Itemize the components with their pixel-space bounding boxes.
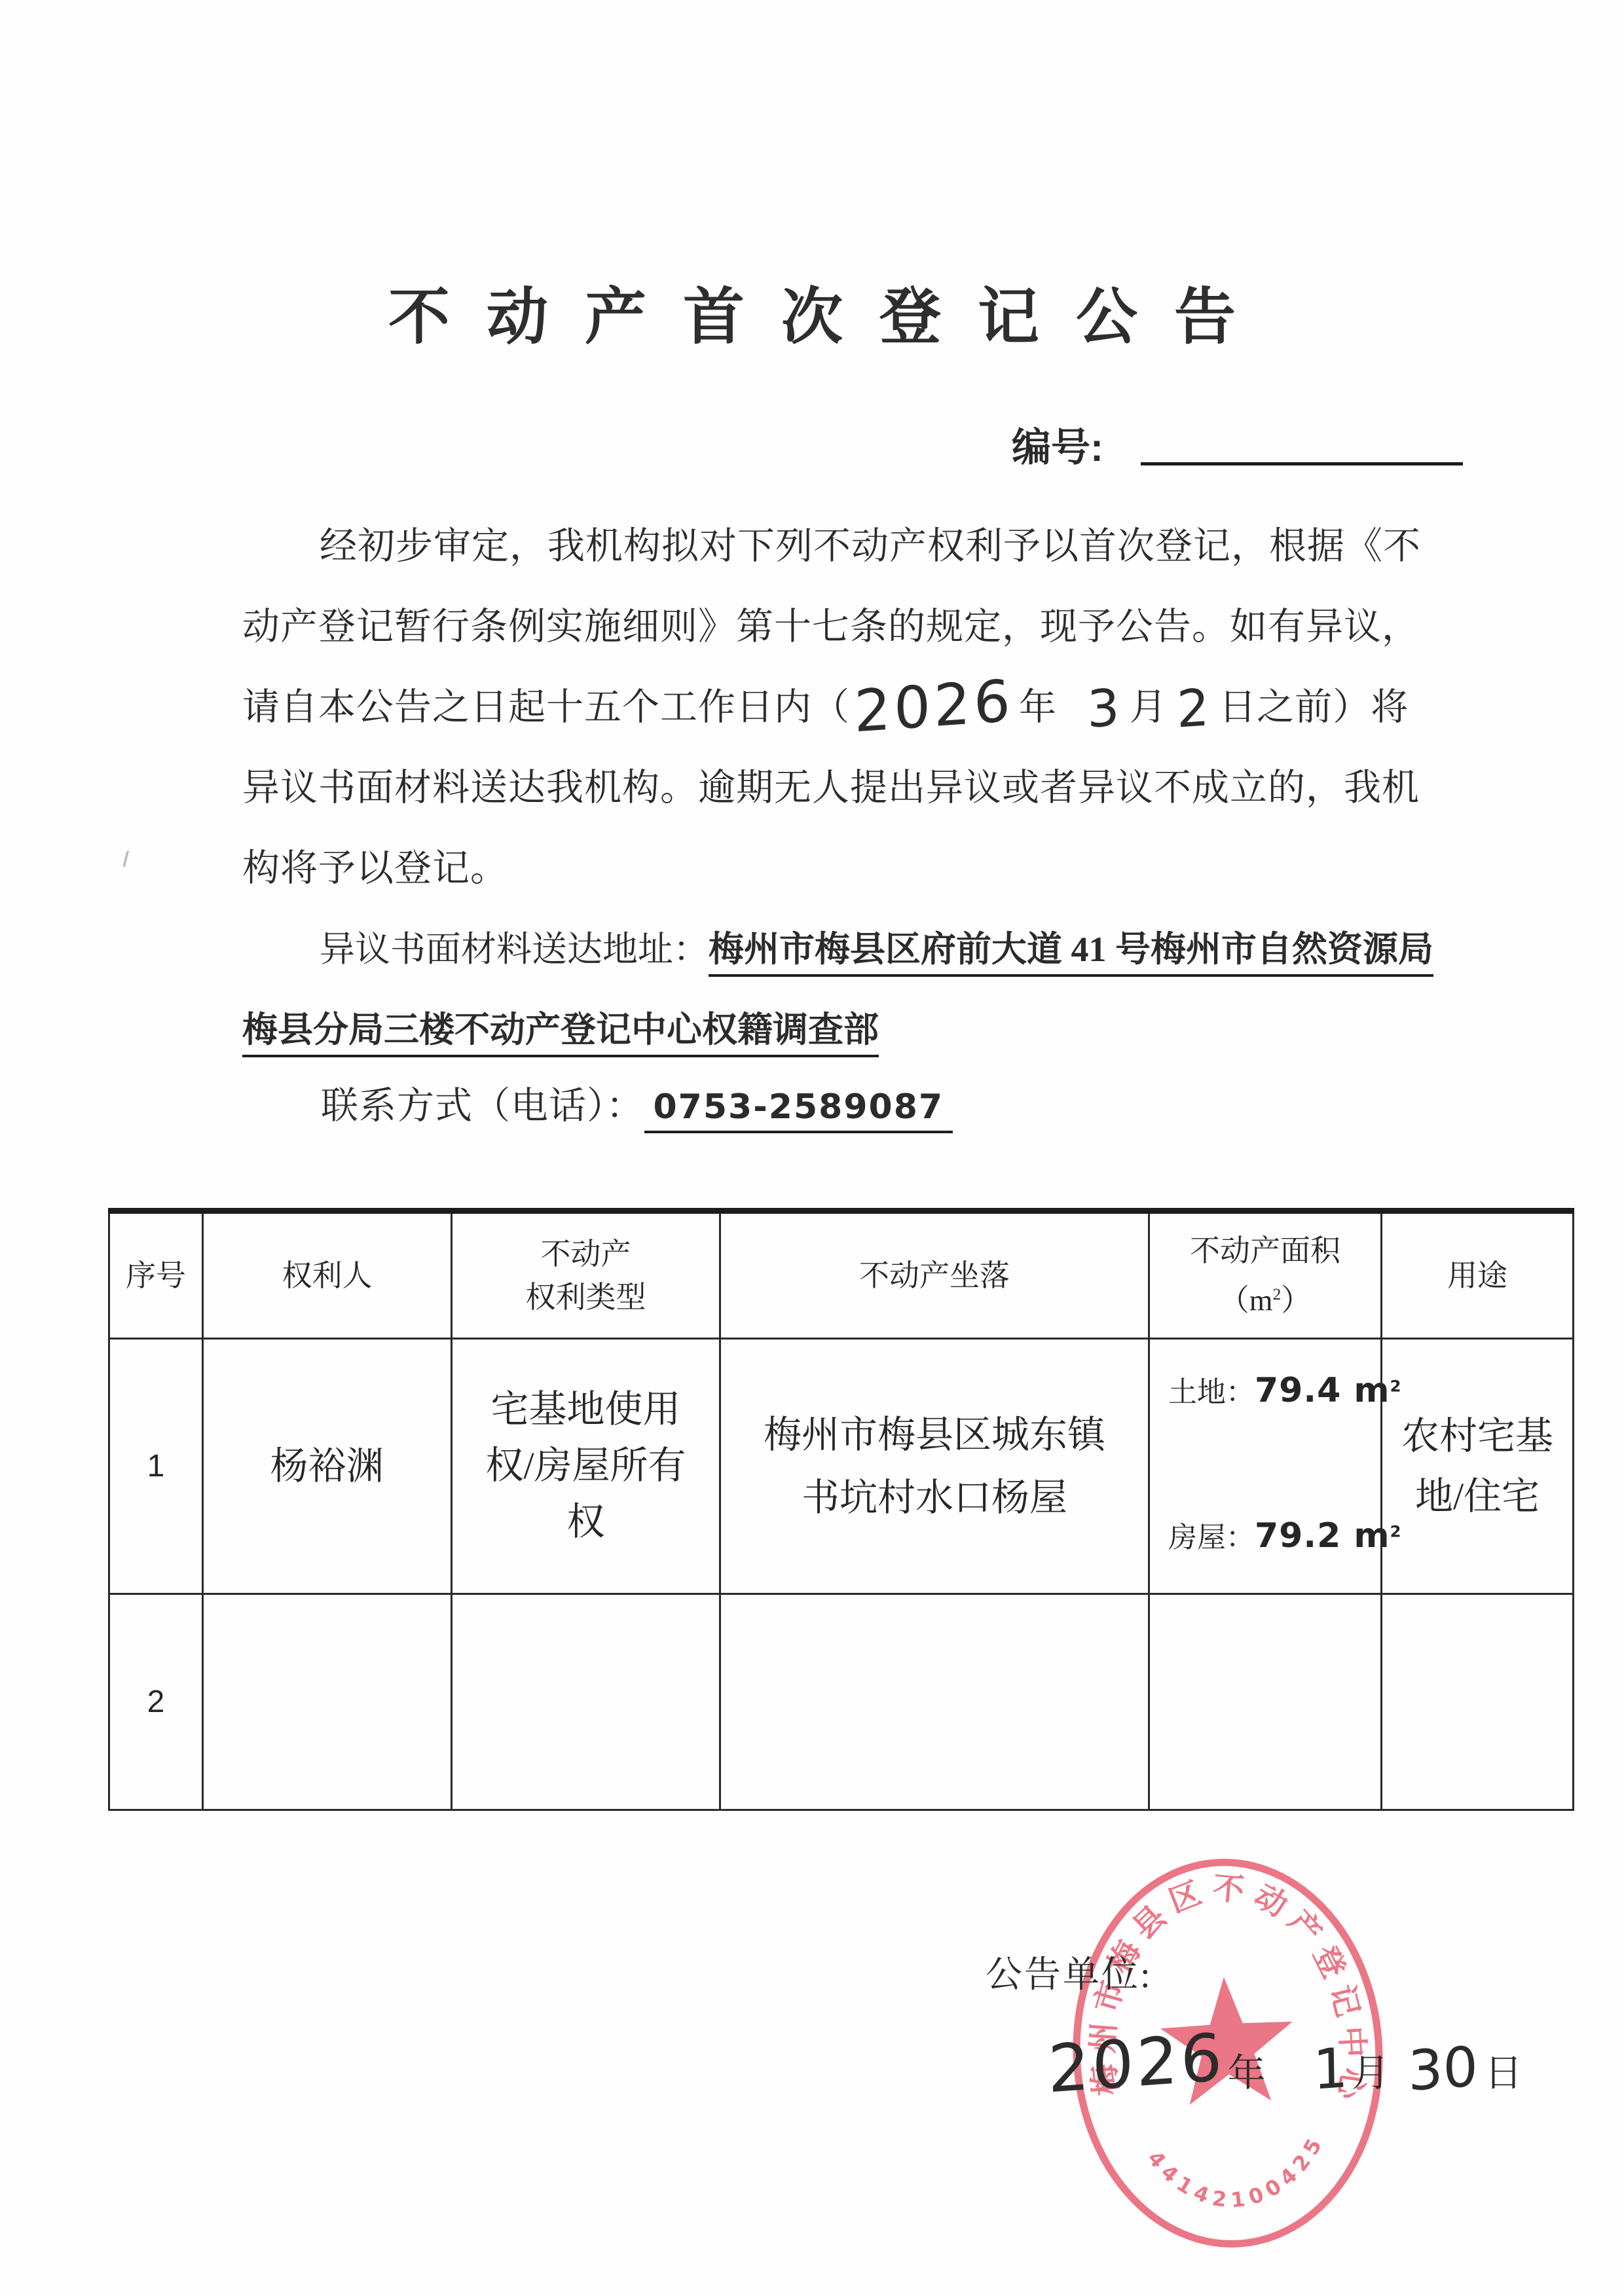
header-area: 不动产面积 （m2） bbox=[1149, 1211, 1382, 1339]
area-house-unit: m bbox=[1354, 1516, 1390, 1556]
table-row: 1 杨裕渊 宅基地使用权/房屋所有权 梅州市梅县区城东镇书坑村水口杨屋 土地：7… bbox=[109, 1339, 1574, 1594]
address-label: 异议书面材料送达地址： bbox=[320, 930, 709, 969]
contact-line: 联系方式（电话）：0753-2589087 bbox=[242, 1066, 1450, 1146]
header-area-line1: 不动产面积 bbox=[1150, 1230, 1380, 1273]
address-value-1: 梅州市梅县区府前大道 41 号梅州市自然资源局 bbox=[709, 930, 1433, 977]
address-line-1: 异议书面材料送达地址：梅州市梅县区府前大道 41 号梅州市自然资源局 bbox=[242, 909, 1528, 989]
row1-usage: 农村宅基地/住宅 bbox=[1382, 1339, 1574, 1594]
row2-location bbox=[720, 1594, 1149, 1810]
contact-phone: 0753-2589087 bbox=[644, 1087, 953, 1133]
area-house-value: 79.2 bbox=[1255, 1516, 1341, 1556]
row2-right-type bbox=[452, 1594, 720, 1810]
document-number-blank bbox=[1141, 419, 1463, 465]
month-unit: 月 bbox=[1130, 687, 1168, 728]
handwritten-month: 3 bbox=[1086, 682, 1120, 736]
row2-area bbox=[1149, 1594, 1382, 1810]
body-line-1: 经初步审定，我机构拟对下列不动产权利予以首次登记，根据《不 bbox=[242, 507, 1528, 587]
row1-right-type: 宅基地使用权/房屋所有权 bbox=[452, 1339, 720, 1594]
area-land-value: 79.4 bbox=[1255, 1371, 1341, 1410]
header-seq: 序号 bbox=[109, 1211, 203, 1339]
document-number-label: 编号: bbox=[1012, 416, 1103, 473]
area-house-label: 房屋： bbox=[1168, 1522, 1255, 1554]
body-line-4: 异议书面材料送达我机构。逾期无人提出异议或者异议不成立的，我机 bbox=[242, 748, 1450, 828]
row1-seq: 1 bbox=[109, 1339, 203, 1594]
area-land-label: 土地： bbox=[1168, 1376, 1255, 1408]
address-value-2: 梅县分局三楼不动产登记中心权籍调查部 bbox=[242, 1010, 879, 1057]
announcing-unit-label: 公告单位: bbox=[986, 1946, 1153, 1998]
header-area-unit-open: （m bbox=[1219, 1283, 1273, 1317]
row2-holder bbox=[203, 1594, 452, 1810]
scan-artifact bbox=[122, 850, 136, 869]
row1-area-house: 房屋：79.2 m2 bbox=[1168, 1514, 1380, 1556]
header-right-type: 不动产 权利类型 bbox=[452, 1211, 720, 1339]
page-title: 不动产首次登记公告 bbox=[0, 267, 1624, 355]
header-holder: 权利人 bbox=[203, 1211, 452, 1339]
body-line-3: 请自本公告之日起十五个工作日内（2026年3月2日之前）将 bbox=[242, 668, 1450, 748]
area-land-unit: m bbox=[1354, 1371, 1390, 1410]
footer-year-unit: 年 bbox=[1228, 2050, 1266, 2096]
area-land-unit-sup: 2 bbox=[1390, 1377, 1402, 1395]
row2-usage bbox=[1382, 1594, 1574, 1810]
handwritten-year: 2026 bbox=[854, 672, 1014, 740]
footer-day-unit: 日 bbox=[1485, 2050, 1522, 2096]
row2-seq: 2 bbox=[109, 1594, 203, 1810]
body-line-3-post: 日之前）将 bbox=[1219, 687, 1409, 728]
contact-label: 联系方式（电话）： bbox=[242, 1085, 644, 1127]
handwritten-footer-day: 30 bbox=[1407, 2039, 1478, 2099]
header-usage: 用途 bbox=[1382, 1211, 1574, 1339]
header-right-type-line1: 不动产 bbox=[452, 1233, 719, 1276]
registration-table: 序号 权利人 不动产 权利类型 不动产坐落 不动产面积 （m2） 用途 1 杨裕… bbox=[108, 1208, 1574, 1811]
footer-month-unit: 月 bbox=[1352, 2050, 1390, 2096]
header-area-line2: （m2） bbox=[1150, 1273, 1380, 1322]
row1-area-land: 土地：79.4 m2 bbox=[1168, 1368, 1380, 1410]
handwritten-day: 2 bbox=[1176, 682, 1210, 736]
handwritten-footer-year: 2026 bbox=[1047, 2025, 1225, 2103]
announcement-date: 2026 年 1 月 30 日 bbox=[1048, 2011, 1522, 2096]
header-location: 不动产坐落 bbox=[720, 1211, 1149, 1339]
body-line-2: 动产登记暂行条例实施细则》第十七条的规定，现予公告。如有异议， bbox=[242, 587, 1450, 667]
header-area-unit-sup: 2 bbox=[1273, 1285, 1282, 1303]
table-header-row: 序号 权利人 不动产 权利类型 不动产坐落 不动产面积 （m2） 用途 bbox=[109, 1211, 1574, 1339]
handwritten-footer-month: 1 bbox=[1312, 2040, 1348, 2098]
header-right-type-line2: 权利类型 bbox=[452, 1276, 719, 1319]
table-row: 2 bbox=[109, 1594, 1574, 1810]
header-area-unit-close: ） bbox=[1281, 1283, 1311, 1317]
address-line-2: 梅县分局三楼不动产登记中心权籍调查部 bbox=[242, 990, 1450, 1070]
row1-location: 梅州市梅县区城东镇书坑村水口杨屋 bbox=[720, 1339, 1149, 1594]
announcement-page: 不动产首次登记公告 编号: 经初步审定，我机构拟对下列不动产权利予以首次登记，根… bbox=[0, 0, 1624, 2296]
body-line-5: 构将予以登记。 bbox=[242, 829, 1450, 909]
body-line-3-pre: 请自本公告之日起十五个工作日内（ bbox=[242, 687, 850, 728]
row1-holder: 杨裕渊 bbox=[203, 1339, 452, 1594]
row1-area: 土地：79.4 m2 房屋：79.2 m2 bbox=[1149, 1339, 1382, 1594]
year-unit: 年 bbox=[1019, 687, 1057, 728]
